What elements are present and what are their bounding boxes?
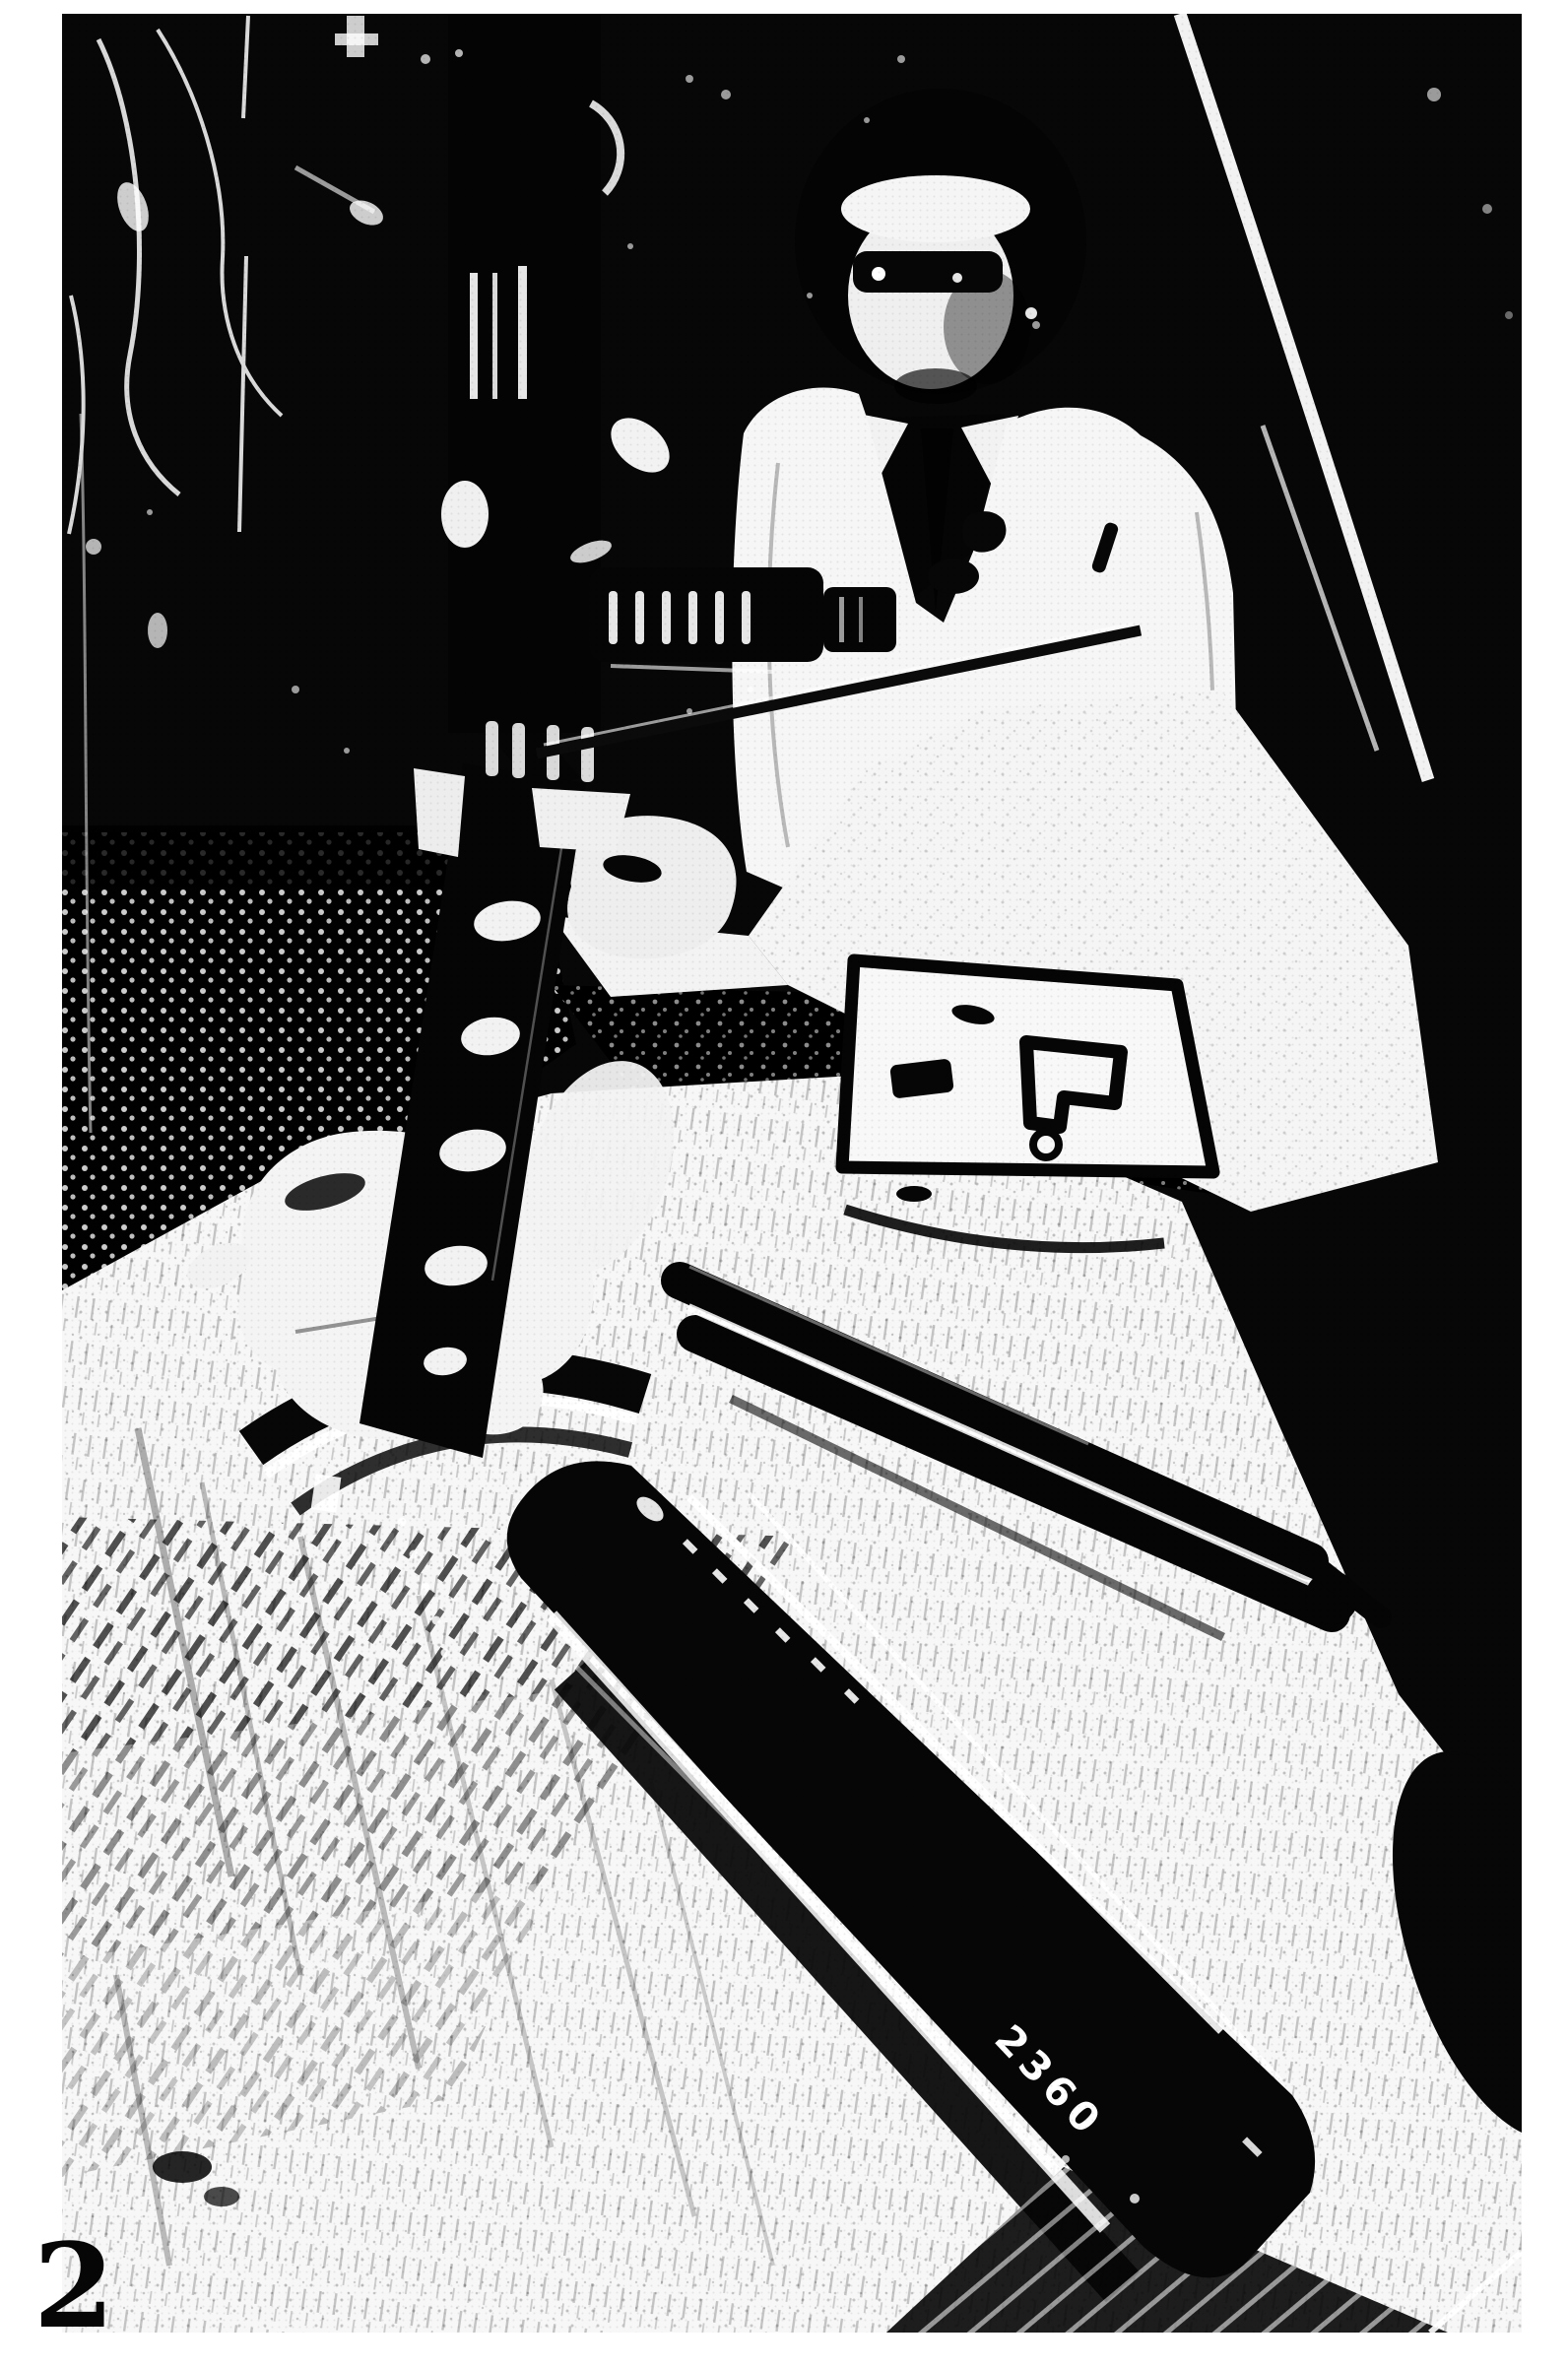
halftone-overlay [62,14,1522,2333]
photograph: 2360 [0,0,1568,2368]
page-number: 2 [33,2217,114,2354]
page: 2360 [0,0,1568,2368]
